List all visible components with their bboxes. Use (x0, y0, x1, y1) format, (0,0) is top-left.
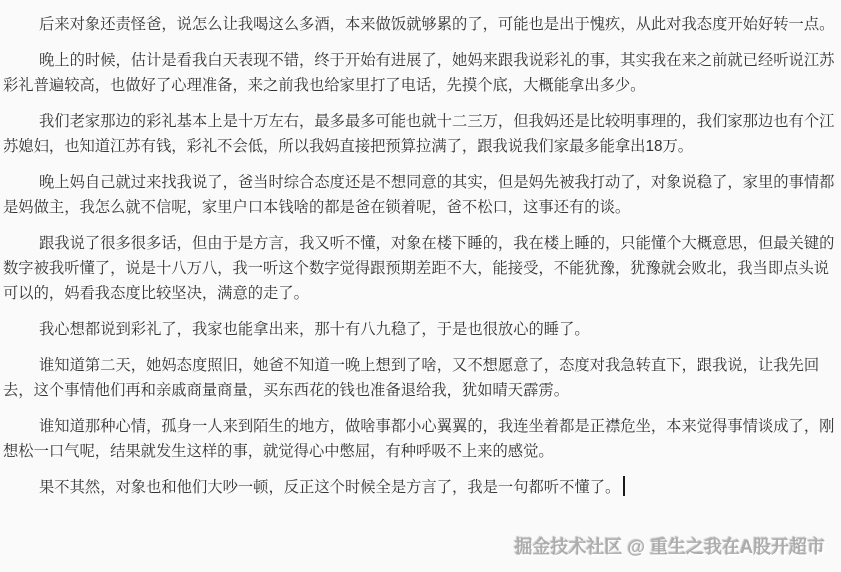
paragraph[interactable]: 晚上妈自己就过来找我说了，爸当时综合态度还是不想同意的其实，但是妈先被我打动了，… (3, 170, 838, 220)
paragraph[interactable]: 果不其然，对象也和他们大吵一顿，反正这个时候全是方言了，我是一句都听不懂了。 (3, 475, 838, 500)
paragraph-text: 果不其然，对象也和他们大吵一顿，反正这个时候全是方言了，我是一句都听不懂了。 (39, 479, 620, 496)
paragraph[interactable]: 谁知道那种心情，孤身一人来到陌生的地方，做啥事都小心翼翼的，我连坐着都是正襟危坐… (3, 414, 838, 464)
paragraph[interactable]: 跟我说了很多很多话，但由于是方言，我又听不懂，对象在楼下睡的，我在楼上睡的，只能… (3, 231, 838, 306)
paragraph[interactable]: 后来对象还责怪爸，说怎么让我喝这么多酒，本来做饭就够累的了，可能也是出于愧疚，从… (3, 12, 838, 37)
text-editor-area[interactable]: 后来对象还责怪爸，说怎么让我喝这么多酒，本来做饭就够累的了，可能也是出于愧疚，从… (0, 0, 841, 500)
editor-window: 后来对象还责怪爸，说怎么让我喝这么多酒，本来做饭就够累的了，可能也是出于愧疚，从… (0, 0, 841, 572)
watermark: 掘金技术社区 @ 重生之我在A股开超市 (514, 533, 825, 559)
text-caret (623, 476, 625, 496)
paragraph[interactable]: 我们老家那边的彩礼基本上是十万左右，最多最多可能也就十二三万，但我妈还是比较明事… (3, 109, 838, 159)
paragraph[interactable]: 晚上的时候，估计是看我白天表现不错，终于开始有进展了，她妈来跟我说彩礼的事，其实… (3, 48, 838, 98)
paragraph[interactable]: 谁知道第二天，她妈态度照旧，她爸不知道一晚上想到了啥，又不想愿意了，态度对我急转… (3, 353, 838, 403)
paragraph[interactable]: 我心想都说到彩礼了，我家也能拿出来，那十有八九稳了，于是也很放心的睡了。 (3, 317, 838, 342)
